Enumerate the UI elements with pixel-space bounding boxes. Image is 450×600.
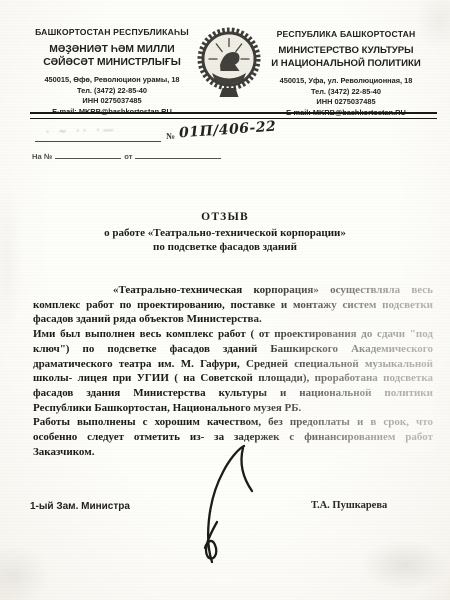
signatory-position: 1-ый Зам. Министра bbox=[30, 501, 130, 512]
reference-blank-line bbox=[35, 141, 161, 142]
letterhead-russian: РЕСПУБЛИКА БАШКОРТОСТАН МИНИСТЕРСТВО КУЛ… bbox=[251, 29, 441, 117]
letterhead-bashkir: БАШКОРТОСТАН РЕСПУБЛИКАҺЫ МӘҘӘНИӘТ ҺӘМ М… bbox=[22, 27, 202, 116]
letter-body: «Театрально-техническая корпорация» осущ… bbox=[33, 283, 433, 459]
body-paragraph-1: «Театрально-техническая корпорация» осущ… bbox=[33, 283, 433, 327]
letterhead-bashkir-ministry-line2: СӘЙӘСӘТ МИНИСТРЛЫҒЫ bbox=[22, 57, 202, 68]
letterhead-russian-inn: ИНН 0275037485 bbox=[251, 97, 441, 106]
signatory-name: Т.А. Пушкарева bbox=[311, 500, 387, 511]
body-paragraph-2: Ими был выполнен весь комплекс работ ( о… bbox=[33, 327, 433, 415]
letterhead-bashkir-republic: БАШКОРТОСТАН РЕСПУБЛИКАҺЫ bbox=[22, 27, 202, 37]
document-subtitle-line2: по подсветке фасадов зданий bbox=[0, 241, 450, 253]
reply-prefix-label: На № bbox=[32, 152, 52, 161]
document-title: ОТЗЫВ bbox=[0, 211, 450, 223]
document-subtitle-line1: о работе «Театрально-технической корпора… bbox=[0, 227, 450, 239]
scan-smudge bbox=[360, 540, 450, 590]
letterhead-bashkir-inn: ИНН 0275037485 bbox=[22, 96, 202, 105]
letterhead-bashkir-ministry-line1: МӘҘӘНИӘТ ҺӘМ МИЛЛИ bbox=[22, 44, 202, 55]
scanned-letter-page: БАШКОРТОСТАН РЕСПУБЛИКАҺЫ МӘҘӘНИӘТ ҺӘМ М… bbox=[0, 0, 450, 600]
letterhead-russian-phone: Тел. (3472) 22-85-40 bbox=[251, 87, 441, 96]
scan-smudge bbox=[0, 545, 50, 600]
scan-smudge bbox=[0, 180, 22, 340]
handwritten-reference-number: 01П/406-22 bbox=[179, 119, 277, 142]
reference-number-sign: № bbox=[166, 131, 175, 141]
document-title-block: ОТЗЫВ о работе «Театрально-технической к… bbox=[0, 211, 450, 253]
letterhead-russian-republic: РЕСПУБЛИКА БАШКОРТОСТАН bbox=[251, 29, 441, 39]
letterhead-russian-ministry-line2: И НАЦИОНАЛЬНОЙ ПОЛИТИКИ bbox=[251, 58, 441, 69]
reply-number-blank bbox=[55, 151, 121, 159]
reply-reference-line: На №от bbox=[32, 151, 221, 161]
letterhead-bashkir-address: 450015, Өфө, Революцион урамы, 18 bbox=[22, 75, 202, 84]
letterhead-bashkir-phone: Тел. (3472) 22-85-40 bbox=[22, 86, 202, 95]
letterhead-russian-ministry-line1: МИНИСТЕРСТВО КУЛЬТУРЫ bbox=[251, 45, 441, 56]
letterhead-divider-rule bbox=[30, 112, 437, 119]
reply-date-blank bbox=[135, 151, 221, 159]
letterhead-russian-address: 450015, Уфа, ул. Революционная, 18 bbox=[251, 76, 441, 85]
signature-stroke bbox=[182, 444, 262, 571]
reply-from-label: от bbox=[124, 152, 132, 161]
illegible-handwriting: · ~ ·· ·— bbox=[46, 124, 117, 138]
